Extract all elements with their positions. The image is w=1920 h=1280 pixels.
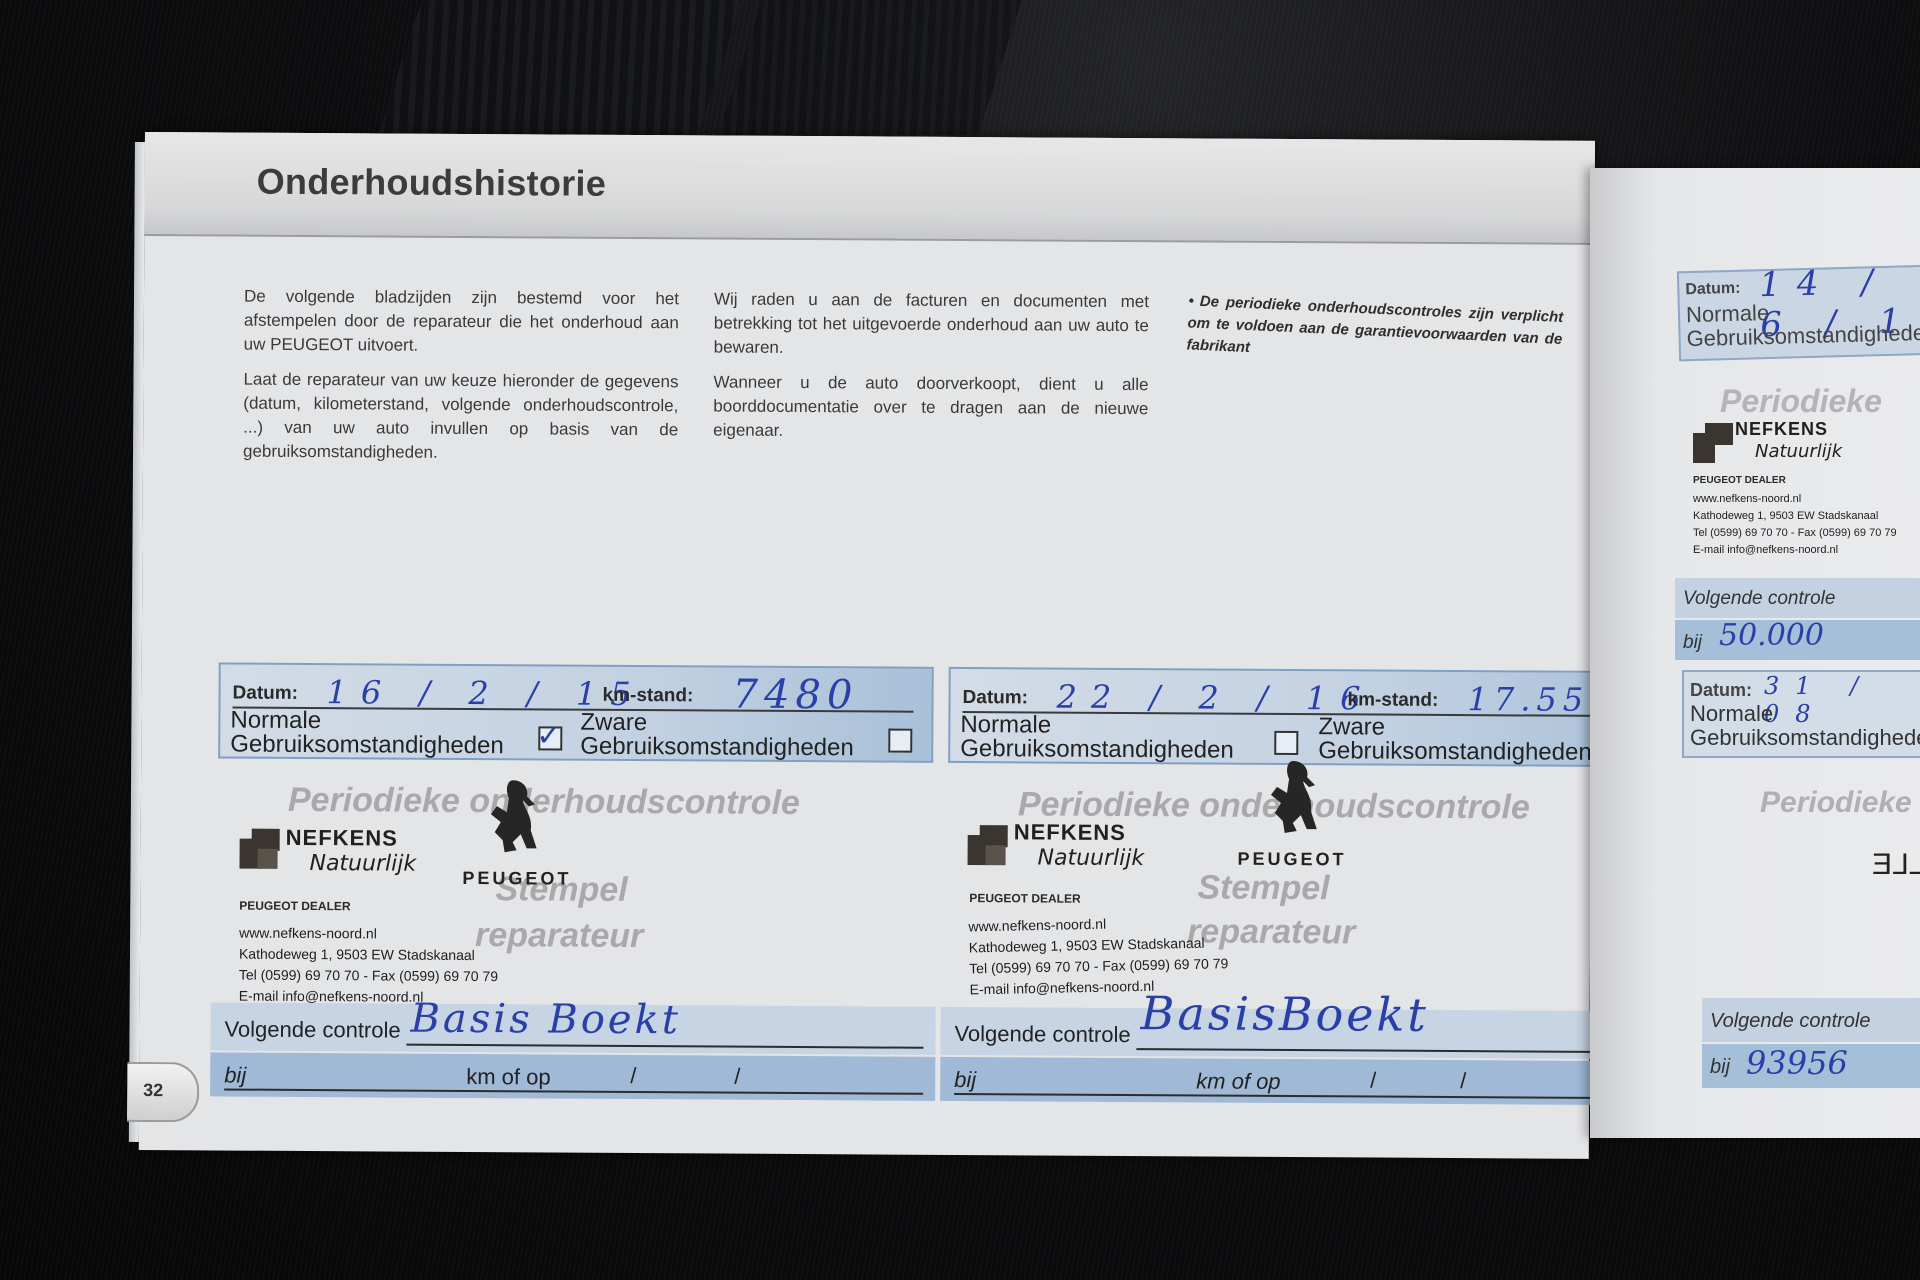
dealer-website: www.nefkens-noord.nl [1693, 491, 1897, 508]
mirrored-stamp-text: ELLE [1872, 848, 1920, 882]
intro-paragraph: Wij raden u aan de facturen en documente… [714, 287, 1149, 362]
dealer-stamp-area: Periodieke onderhoudscontrole Stempel re… [947, 763, 1664, 1017]
intro-column-1: De volgende bladzijden zijn bestemd voor… [243, 285, 679, 478]
dealer-address: Kathodeweg 1, 9503 EW Stadskanaal [239, 944, 498, 967]
dealer-phone: Tel (0599) 69 70 70 - Fax (0599) 69 70 7… [239, 965, 498, 988]
date-row: Datum: 16 / 2 / 15 km-stand: 7480 [232, 677, 913, 713]
seat-stitching [718, 0, 1022, 135]
date-value[interactable]: 22 / 2 / 16 [1056, 678, 1374, 718]
heavy-conditions-label: Zware Gebruiksomstandigheden [1318, 715, 1592, 765]
dealer-stamp-area: Periodieke onderhoudscontrole Stempel re… [217, 758, 934, 1012]
dealer-slogan: Natuurlijk [1755, 441, 1842, 462]
date-label: Datum: [233, 683, 299, 705]
next-check-label: Volgende controle [1710, 1010, 1871, 1033]
at-line [224, 1089, 923, 1095]
at-label: bij [224, 1063, 246, 1089]
date-row: Datum: 22 / 2 / 16 km-stand: 17.550 [962, 681, 1643, 717]
dealer-name: NEFKENS [1735, 419, 1828, 440]
booklet-page-right: Datum: 14 / 6 / 1 Normale Gebruiksomstan… [1590, 168, 1920, 1138]
normal-label-1: Normale [1690, 701, 1773, 726]
intro-paragraph: Laat de reparateur van uw keuze hieronde… [243, 368, 679, 467]
normal-conditions-label: Normale Gebruiksomstandigheden [1690, 702, 1920, 750]
normal-conditions-label: Normale Gebruiksomstandigheden [230, 709, 504, 759]
date-box: Datum: 16 / 2 / 15 km-stand: 7480 Normal… [218, 662, 934, 762]
warranty-note: •De periodieke onderhoudscontroles zijn … [1186, 290, 1564, 373]
next-check-at-row: bij km of op / / [210, 1052, 935, 1100]
normal-label-2: Gebruiksomstandigheden [1690, 725, 1920, 750]
peugeot-wordmark: PEUGEOT [1238, 849, 1347, 871]
page-number-tab: 32 [127, 1062, 199, 1122]
next-check-km-value[interactable]: 93956 [1746, 1044, 1848, 1082]
next-check-row: Volgende controle [1702, 998, 1920, 1042]
next-check-line [1136, 1048, 1653, 1053]
peugeot-lion-icon [483, 776, 543, 856]
dealer-subtitle: PEUGEOT DEALER [239, 899, 350, 914]
dealer-website: www.nefkens-noord.nl [239, 923, 498, 946]
dealer-stamp-area: Periodieke NEFKENS Natuurlijk PEUGEOT DE… [1685, 383, 1920, 543]
date-separator: / [630, 1063, 636, 1089]
dealer-phone: Tel (0599) 69 70 70 - Fax (0599) 69 70 7… [1693, 525, 1897, 542]
next-check-line [406, 1044, 923, 1049]
km-label: km-stand: [602, 685, 693, 708]
normal-label-2: Gebruiksomstandigheden [230, 731, 504, 760]
seat-stitching [378, 0, 742, 135]
maintenance-entry-2: Datum: 22 / 2 / 16 km-stand: 17.550 Norm… [946, 667, 1664, 1111]
next-check-row: Volgende controle BasisBoekt [940, 1007, 1665, 1059]
right-date-box: Datum: 14 / 6 / 1 Normale Gebruiksomstan… [1677, 265, 1920, 362]
dealer-contact: www.nefkens-noord.nl Kathodeweg 1, 9503 … [1693, 491, 1897, 559]
dealer-slogan: Natuurlijk [1038, 845, 1145, 871]
stamp-placeholder-1: Stempel [1197, 868, 1330, 908]
dealer-name: NEFKENS [286, 825, 398, 852]
km-or-on-label: km of op [1196, 1068, 1281, 1095]
nefkens-logo-icon [240, 829, 280, 869]
intro-paragraph: Wanneer u de auto doorverkoopt, dient u … [713, 370, 1148, 445]
intro-column-2: Wij raden u aan de facturen en documente… [713, 287, 1149, 456]
normal-conditions-checkbox[interactable]: ✓ [538, 726, 562, 750]
dealer-name: NEFKENS [1014, 819, 1126, 846]
at-label: bij [1710, 1056, 1730, 1079]
page-title: Onderhoudshistorie [257, 161, 607, 205]
next-check-row: Volgende controle [1675, 578, 1920, 618]
stamp-placeholder-title: Periodieke onderhoudscontrole [288, 781, 800, 823]
next-check-label: Volgende controle [224, 1017, 400, 1044]
stamp-placeholder-title: Periodieke [1720, 383, 1882, 420]
date-value[interactable]: 16 / 2 / 15 [326, 673, 644, 713]
normal-conditions-checkbox[interactable] [1274, 731, 1298, 755]
next-check-value[interactable]: Basis Boekt [410, 996, 681, 1044]
peugeot-lion-icon [1263, 757, 1323, 837]
date-separator: / [1370, 1068, 1376, 1094]
next-check-at-row: bij 50.000 km [1675, 620, 1920, 660]
dealer-subtitle: PEUGEOT DEALER [969, 891, 1080, 906]
normal-label-2: Gebruiksomstandigheden [960, 735, 1234, 764]
normal-conditions-label: Normale Gebruiksomstandigheden [1686, 297, 1920, 352]
date-separator: / [1460, 1068, 1466, 1094]
date-label: Datum: [1690, 680, 1752, 701]
normal-label-2: Gebruiksomstandigheden [1686, 320, 1920, 352]
date-separator: / [734, 1064, 740, 1090]
stamp-placeholder-title: Periodieke [1760, 786, 1912, 820]
next-check-km-value[interactable]: 50.000 [1719, 618, 1824, 653]
heavy-conditions-checkbox[interactable] [888, 729, 912, 753]
at-label: bij [1683, 632, 1702, 654]
next-check-row: Volgende controle Basis Boekt [210, 1002, 935, 1054]
dealer-subtitle: PEUGEOT DEALER [1693, 475, 1786, 486]
dealer-address: Kathodeweg 1, 9503 EW Stadskanaal [1693, 508, 1897, 525]
nefkens-logo-icon [968, 825, 1008, 865]
normal-conditions-label: Normale Gebruiksomstandigheden [960, 713, 1234, 763]
date-label: Datum: [1685, 280, 1741, 299]
intro-paragraph: De volgende bladzijden zijn bestemd voor… [244, 285, 679, 360]
booklet-page-left: Onderhoudshistorie De volgende bladzijde… [139, 132, 1595, 1159]
stamp-placeholder-2: reparateur [475, 916, 643, 956]
dealer-email: E-mail info@nefkens-noord.nl [1693, 542, 1897, 559]
next-check-at-row: bij 93956 [1702, 1044, 1920, 1088]
page-number: 32 [143, 1080, 163, 1101]
next-check-label: Volgende controle [1683, 588, 1835, 610]
at-label: bij [954, 1067, 976, 1093]
maintenance-entry-1: Datum: 16 / 2 / 15 km-stand: 7480 Normal… [216, 662, 934, 1106]
heavy-label-2: Gebruiksomstandigheden [580, 733, 854, 762]
page-header: Onderhoudshistorie [144, 132, 1595, 245]
warranty-note-text: De periodieke onderhoudscontroles zijn v… [1186, 293, 1563, 356]
at-line [954, 1093, 1653, 1099]
nefkens-logo-icon [1693, 423, 1733, 463]
next-check-at-row: bij km of op / / [940, 1057, 1665, 1105]
date-box: Datum: 22 / 2 / 16 km-stand: 17.550 Norm… [948, 667, 1664, 767]
heavy-label-2: Gebruiksomstandigheden [1318, 737, 1592, 766]
heavy-conditions-label: Zware Gebruiksomstandigheden [580, 711, 854, 761]
right-date-box-2: Datum: 31 / 08 Normale Gebruiksomstandig… [1682, 670, 1920, 758]
bullet-icon: • [1188, 292, 1194, 309]
date-label: Datum: [962, 687, 1028, 709]
peugeot-wordmark: PEUGEOT [462, 868, 571, 890]
next-check-value[interactable]: BasisBoekt [1140, 986, 1429, 1042]
km-label: km-stand: [1347, 689, 1438, 712]
next-check-label: Volgende controle [954, 1021, 1130, 1048]
km-or-on-label: km of op [466, 1064, 551, 1091]
dealer-slogan: Natuurlijk [309, 851, 416, 877]
normal-label-1: Normale [1686, 300, 1770, 327]
check-mark-icon: ✓ [536, 718, 561, 753]
